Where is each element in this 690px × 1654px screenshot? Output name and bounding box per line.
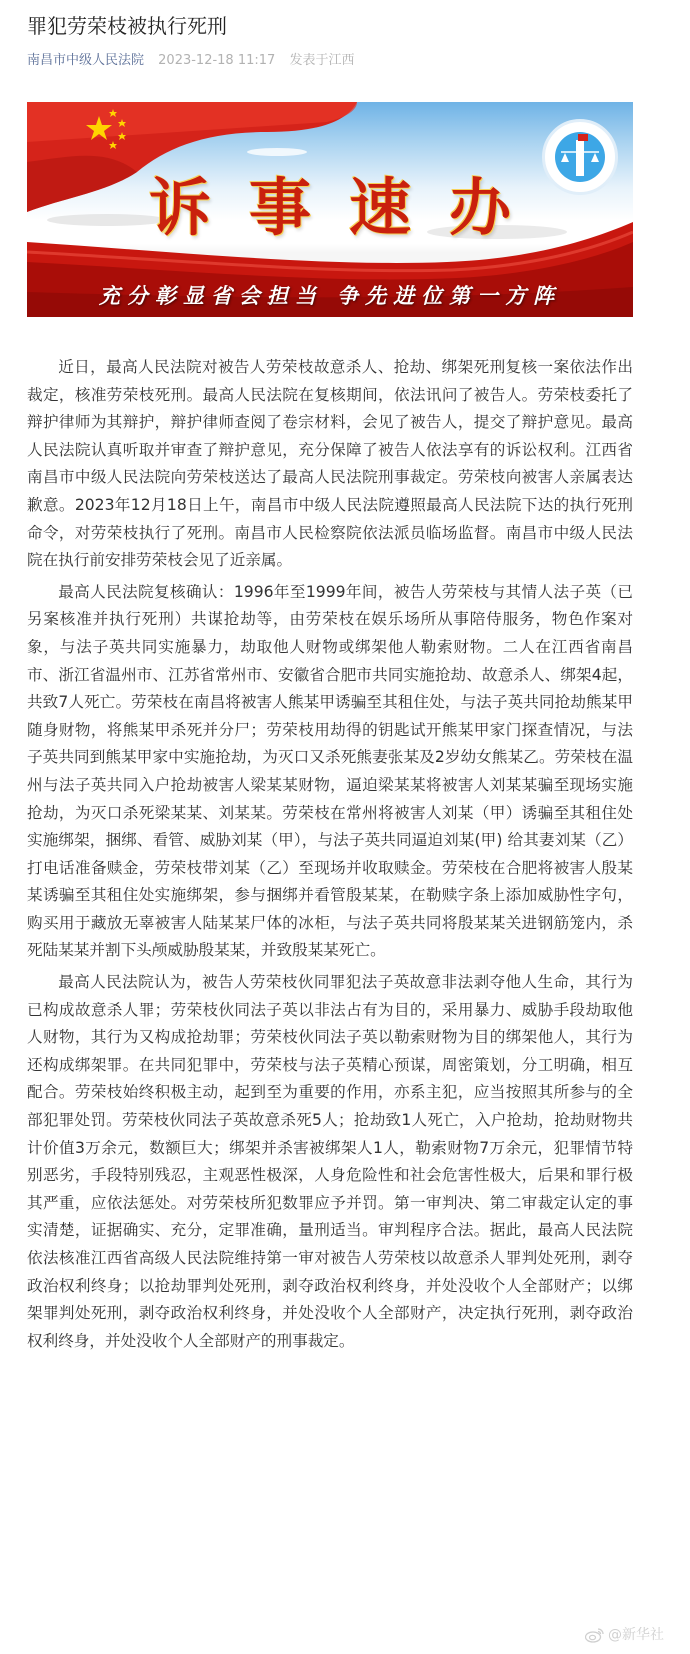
- source-watermark: @新华社: [585, 1624, 664, 1644]
- weibo-icon: [585, 1626, 605, 1643]
- watermark-text: @新华社: [608, 1624, 664, 1644]
- publish-location: 发表于江西: [289, 53, 354, 68]
- banner-slogan: 充分彰显省会担当 争先进位第一方阵: [27, 280, 633, 310]
- paragraph: 最高人民法院认为，被告人劳荣枝伙同罪犯法子英故意非法剥夺他人生命，其行为已构成故…: [27, 969, 633, 1355]
- banner-headline: 诉事速办: [27, 158, 633, 247]
- article-page: 罪犯劳荣枝被执行死刑 南昌市中级人民法院 2023-12-18 11:17 发表…: [0, 0, 690, 1654]
- paragraph: 近日，最高人民法院对被告人劳荣枝故意杀人、抢劫、绑架死刑复核一案依法作出裁定，核…: [27, 354, 633, 575]
- publish-time: 2023-12-18 11:17: [158, 53, 275, 68]
- banner-image: 诉事速办 充分彰显省会担当 争先进位第一方阵: [27, 102, 633, 317]
- paragraph: 最高人民法院复核确认：1996年至1999年间，被告人劳荣枝与其情人法子英（已另…: [27, 579, 633, 965]
- article-body: 近日，最高人民法院对被告人劳荣枝故意杀人、抢劫、绑架死刑复核一案依法作出裁定，核…: [27, 354, 633, 1355]
- author-link[interactable]: 南昌市中级人民法院: [27, 53, 144, 68]
- article-meta: 南昌市中级人民法院 2023-12-18 11:17 发表于江西: [27, 52, 354, 70]
- article-title: 罪犯劳荣枝被执行死刑: [27, 12, 227, 40]
